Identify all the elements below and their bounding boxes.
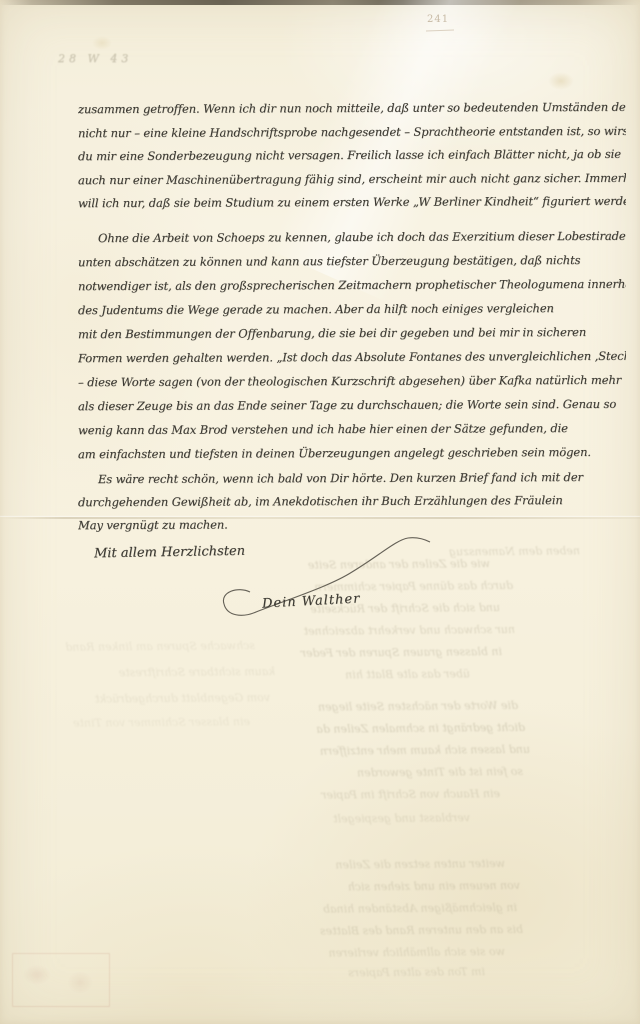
bleed-through-line: die Worte der nächsten Seite liegen bbox=[283, 699, 518, 714]
bleed-through-line: in gleichmäßigen Abständen hinab bbox=[292, 901, 517, 916]
bleed-through-line: weiter unten setzen die Zeilen bbox=[290, 857, 505, 872]
page-number-underline bbox=[426, 30, 454, 32]
bleed-through-line: kaum sichtbare Schriftreste bbox=[45, 665, 275, 680]
paper-stain bbox=[92, 36, 112, 50]
letter-line: am einfachsten und tiefsten in deinen Üb… bbox=[78, 440, 626, 465]
stamp-ghost bbox=[12, 953, 110, 1007]
bleed-through-line: und lassen sich kaum mehr entziffern bbox=[280, 743, 530, 758]
bleed-through-line: ein blasser Schimmer von Tinte bbox=[70, 715, 250, 730]
letter-line: zusammen getroffen. Wenn ich dir nun noc… bbox=[78, 97, 626, 122]
bleed-through-line: wo sie sich allmählich verlieren bbox=[295, 945, 505, 960]
paragraph-2: Ohne die Arbeit von Schoeps zu kennen, g… bbox=[78, 225, 626, 465]
bleed-through-line: bis an den unteren Rand des Blattes bbox=[283, 923, 523, 938]
bleed-through-line: über das alte Blatt hin bbox=[320, 667, 470, 681]
fold-crease bbox=[0, 517, 640, 519]
bleed-through-line: im Ton des alten Papiers bbox=[305, 965, 485, 980]
letter-line: Ohne die Arbeit von Schoeps zu kennen, g… bbox=[78, 225, 626, 250]
letter-line: Es wäre recht schön, wenn ich bald von D… bbox=[78, 467, 626, 491]
bleed-through-line: ein Hauch von Schrift im Papier bbox=[300, 787, 500, 802]
bleed-through-line: von neuem ein und ziehen sich bbox=[285, 879, 520, 894]
letter-line: unten abschätzen zu können und kann aus … bbox=[78, 248, 626, 274]
letter-line: nicht nur – eine kleine Handschriftsprob… bbox=[78, 119, 626, 145]
letter-line: notwendiger ist, als den großsprecherisc… bbox=[78, 272, 626, 298]
bleed-through-line: schwache Spuren am linken Rand bbox=[55, 639, 255, 654]
bleed-through-line: neben dem Namenszug bbox=[430, 544, 580, 558]
bleed-through-line: verblasst und gespiegelt bbox=[310, 811, 470, 825]
letter-line: als dieser Zeuge bis an das Ende seiner … bbox=[78, 392, 626, 418]
letter-line: auch nur einer Maschinenübertragung fähi… bbox=[78, 166, 626, 192]
letter-line: Formen werden gehalten werden. „Ist doch… bbox=[78, 344, 626, 370]
letter-page: 28 W 43 241 zusammen getroffen. Wenn ich… bbox=[0, 0, 640, 1024]
page-number: 241 bbox=[427, 14, 449, 25]
letter-line: des Judentums die Wege gerade zu machen.… bbox=[78, 296, 626, 322]
letter-line: wenig kann das Max Brod verstehen und ic… bbox=[78, 416, 626, 442]
letter-line: durchgehenden Gewißheit ab, im Anekdotis… bbox=[78, 489, 626, 514]
bleed-through-line: so fein ist die Tinte geworden bbox=[288, 765, 523, 780]
bleed-through-line: in blassen grauen Spuren der Feder bbox=[292, 645, 502, 660]
bleed-through-line: dicht gedrängt in schmalen Zeilen da bbox=[285, 721, 525, 736]
letter-line: du mir eine Sonderbezeugung nicht versag… bbox=[78, 143, 626, 169]
scan-edge-shadow bbox=[0, 0, 640, 5]
letter-line: will ich nur, daß sie beim Studium zu ei… bbox=[78, 190, 626, 215]
paragraph-3: Es wäre recht schön, wenn ich bald von D… bbox=[78, 467, 626, 536]
letter-line: – diese Worte sagen (von der theologisch… bbox=[78, 368, 626, 394]
bleed-through-line: nur schwach und verkehrt abzeichnet bbox=[285, 623, 515, 638]
letter-line: mit den Bestimmungen der Offenbarung, di… bbox=[78, 320, 626, 346]
paragraph-1: zusammen getroffen. Wenn ich dir nun noc… bbox=[78, 97, 626, 215]
pencil-annotation: 28 W 43 bbox=[58, 52, 132, 65]
paper-stain bbox=[548, 72, 574, 90]
bleed-through-line: vom Gegenblatt durchgedrückt bbox=[60, 691, 270, 706]
